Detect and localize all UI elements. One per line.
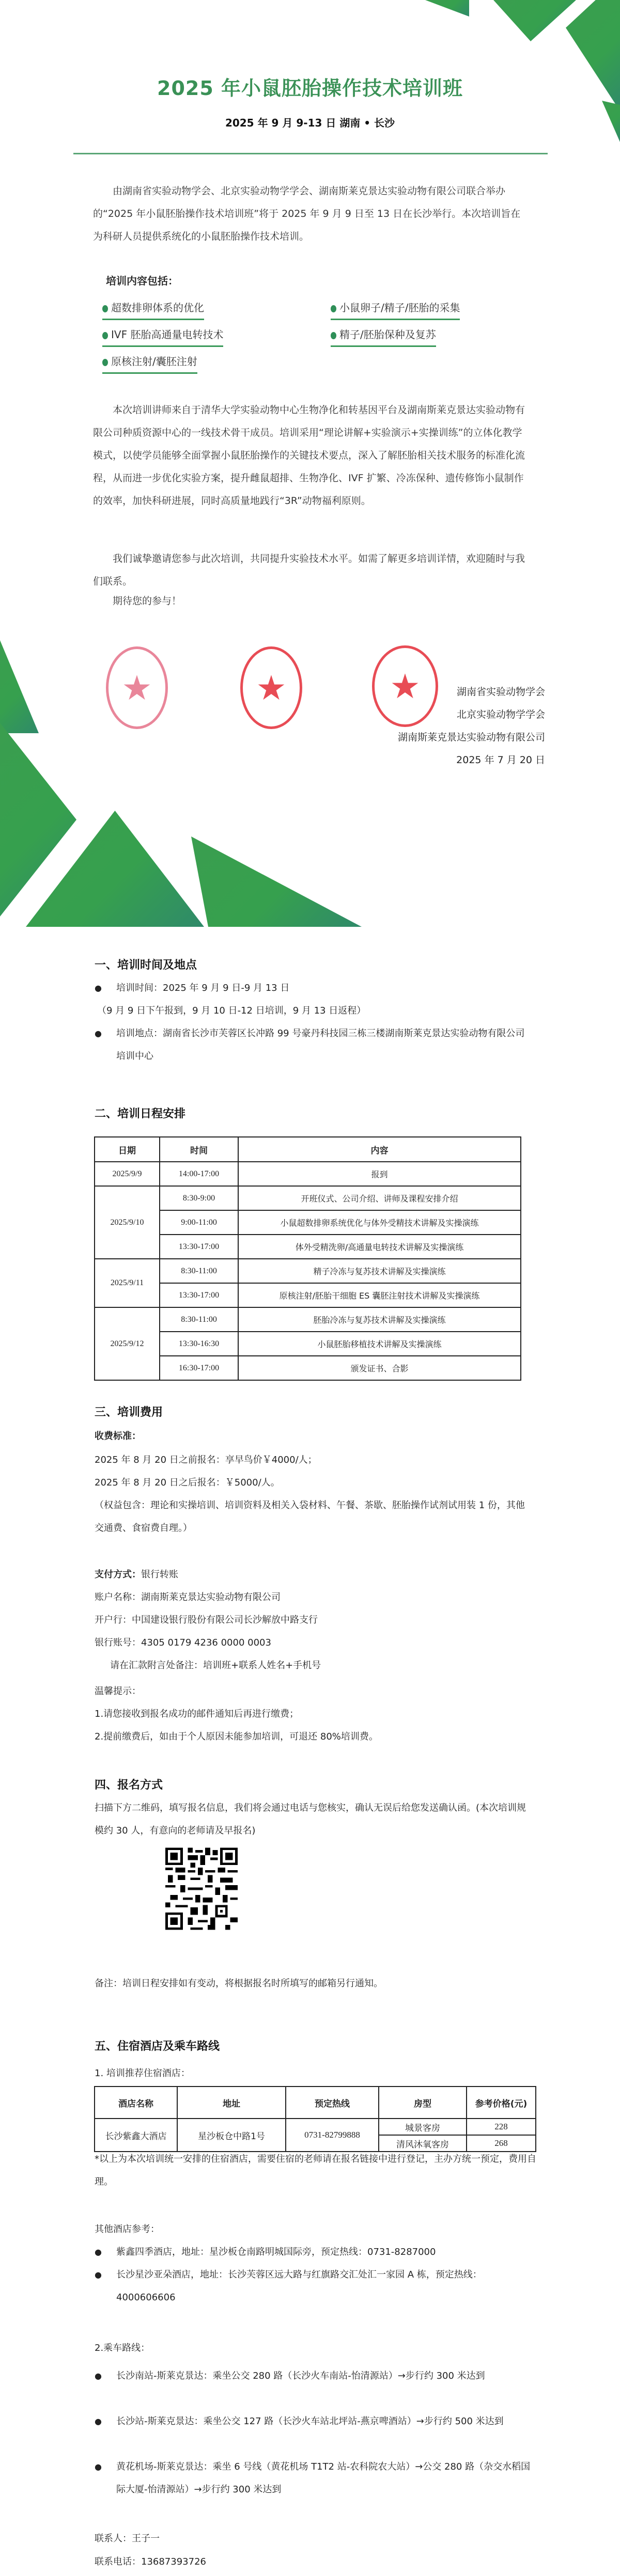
topic-item: IVF 胚胎高通量电转技术 [102, 326, 223, 347]
table-row: 2025/9/9 14:00-17:00 报到 [95, 1162, 521, 1186]
bullet-icon: ● [95, 2456, 102, 2478]
signature-org: 湖南斯莱克景达实验动物有限公司 [398, 726, 545, 749]
topic-item: 精子/胚胎保种及复苏 [331, 326, 436, 347]
decor-triangle [191, 836, 362, 927]
list-item: ●培训地点：湖南省长沙市芙蓉区长冲路 99 号豪丹科技园三栋三楼湖南斯莱克景达实… [95, 1022, 529, 1068]
column-header: 房型 [379, 2087, 467, 2119]
signature-org: 北京实验动物学学会 [457, 703, 545, 726]
intro-paragraph: 由湖南省实验动物学会、北京实验动物学学会、湖南斯莱克景达实验动物有限公司联合举办… [93, 180, 527, 248]
bank-name: 开户行：中国建设银行股份有限公司长沙解放中路支行 [95, 1609, 529, 1632]
column-header: 时间 [160, 1137, 238, 1162]
bullet-icon: ● [95, 2241, 102, 2264]
time-note: （9 月 9 日下午报到，9 月 10 日-12 日培训，9 月 13 日返程） [97, 1000, 531, 1022]
column-header: 日期 [95, 1137, 160, 1162]
column-header: 地址 [177, 2087, 286, 2119]
trainer-paragraph: 本次培训讲师来自于清华大学实验动物中心生物净化和转基因平台及湖南斯莱克景达实验动… [93, 399, 527, 512]
schedule-table: 日期 时间 内容 2025/9/9 14:00-17:00 报到 2025/9/… [94, 1136, 521, 1381]
section-title: 一、培训时间及地点 [95, 956, 197, 972]
table-row: 2025/9/10 8:30-9:00 开班仪式、公司介绍、讲师及课程安排介绍 [95, 1186, 521, 1210]
bullet-icon [102, 305, 108, 312]
topic-item: 超数排卵体系的优化 [102, 299, 204, 320]
list-item: ●长沙站-斯莱克景达：乘坐公交 127 路（长沙火车站北坪站-燕京啤酒站）→步行… [95, 2410, 539, 2433]
seal-hunan-society: ★ [106, 646, 168, 729]
decor-triangle [0, 640, 39, 733]
contact-phone: 联系电话：13687393726 [95, 2551, 529, 2573]
closing-text: 期待您的参与！ [93, 590, 527, 612]
section-title: 四、报名方式 [95, 1776, 163, 1792]
list-item: ●培训时间：2025 年 9 月 9 日-9 月 13 日 [95, 977, 529, 1000]
tips-title: 温馨提示： [95, 1680, 529, 1703]
list-item: ●长沙星沙亚朵酒店，地址：长沙芙蓉区远大路与红旗路交汇处汇一家园 A 栋，预定热… [95, 2264, 539, 2309]
fee-label: 收费标准： [95, 1425, 529, 1448]
table-row: 2025/9/12 8:30-11:00 胚胎冷冻与复苏技术讲解及实操演练 [95, 1307, 521, 1332]
seal-slac-company: ★ [372, 645, 438, 727]
schedule-change-note: 备注：培训日程安排如有变动，将根据报名时所填写的邮箱另行通知。 [95, 1972, 529, 1995]
invite-paragraph: 我们诚挚邀请您参与此次培训，共同提升实验技术水平。如需了解更多培训详情，欢迎随时… [93, 547, 527, 593]
event-date-location: 2025 年 9 月 9-13 日 湖南 • 长沙 [0, 115, 620, 130]
bullet-icon: ● [95, 977, 102, 1000]
hotel-subtitle: 1. 培训推荐住宿酒店： [95, 2062, 529, 2085]
bullet-icon: ● [95, 2264, 102, 2286]
column-header: 参考价格(元) [467, 2087, 536, 2119]
bullet-icon [331, 332, 336, 339]
table-row: 长沙紫鑫大酒店 星沙板仓中路1号 0731-82799888 城景客房 228 [95, 2119, 536, 2135]
account-number: 银行账号：4305 0179 4236 0000 0003 [95, 1632, 529, 1654]
table-row: 2025/9/11 8:30-11:00 精子冷冻与复苏技术讲解及实操演练 [95, 1259, 521, 1283]
bullet-icon [102, 332, 108, 339]
fee-early: 2025 年 8 月 20 日之前报名：享早鸟价￥4000/人； [95, 1449, 529, 1472]
fee-late: 2025 年 8 月 20 日之后报名：￥5000/人。 [95, 1472, 529, 1494]
section-title: 三、培训费用 [95, 1403, 163, 1419]
topic-item: 小鼠卵子/精子/胚胎的采集 [331, 299, 460, 320]
list-item: ●紫鑫四季酒店，地址：星沙板仓南路明城国际旁，预定热线：0731-8287000 [95, 2241, 539, 2264]
hotel-table: 酒店名称 地址 预定热线 房型 参考价格(元) 长沙紫鑫大酒店 星沙板仓中路1号… [94, 2086, 536, 2152]
hotel-note: *以上为本次培训统一安排的住宿酒店，需要住宿的老师请在报名链接中进行登记，主办方… [95, 2148, 539, 2193]
bullet-icon: ● [95, 1022, 102, 1045]
column-header: 预定热线 [286, 2087, 379, 2119]
contact-person: 联系人：王子一 [95, 2527, 529, 2550]
registration-desc: 扫描下方二维码，填写报名信息，我们将会通过电话与您核实，确认无误后给您发送确认函… [95, 1797, 534, 1842]
column-header: 酒店名称 [95, 2087, 177, 2119]
bullet-icon: ● [95, 2410, 102, 2433]
signature-org: 湖南省实验动物学会 [457, 681, 545, 703]
payment-method: 支付方式：银行转账 [95, 1563, 529, 1586]
decor-triangle [425, 0, 469, 17]
section-title: 五、住宿酒店及乘车路线 [95, 2037, 220, 2053]
bullet-icon [331, 305, 336, 312]
decor-triangle [493, 0, 576, 41]
remittance-remark: 请在汇款附言处备注：培训班+联系人姓名+手机号 [110, 1654, 544, 1677]
other-hotels-title: 其他酒店参考： [95, 2218, 529, 2241]
list-item: ●黄花机场-斯莱克景达：乘坐 6 号线（黄花机场 T1T2 站-农科院农大站）→… [95, 2456, 539, 2501]
topic-item: 原核注射/囊胚注射 [102, 353, 197, 374]
section-title: 二、培训日程安排 [95, 1105, 185, 1121]
header-divider [73, 153, 548, 154]
bullet-icon: ● [95, 2365, 102, 2388]
tip-item: 2.提前缴费后，如由于个人原因未能参加培训，可退还 80%培训费。 [95, 1726, 529, 1748]
column-header: 内容 [238, 1137, 521, 1162]
seal-beijing-society: ★ [240, 646, 302, 729]
bullet-icon [102, 359, 108, 366]
fee-includes: （权益包含：理论和实操培训、培训资料及相关入袋材料、午餐、茶歇、胚胎操作试剂试用… [95, 1494, 534, 1540]
routes-title: 2.乘车路线： [95, 2337, 529, 2360]
page-title: 2025 年小鼠胚胎操作技术培训班 [0, 72, 620, 101]
account-name: 账户名称：湖南斯莱克景达实验动物有限公司 [95, 1586, 529, 1609]
tip-item: 1.请您接收到报名成功的邮件通知后再进行缴费； [95, 1703, 529, 1726]
signature-date: 2025 年 7 月 20 日 [456, 749, 545, 771]
list-item: ●长沙南站-斯莱克景达：乘坐公交 280 路（长沙火车南站-怡清源站）→步行约 … [95, 2365, 539, 2388]
qr-code-icon[interactable] [165, 1847, 238, 1920]
content-title: 培训内容包括： [106, 273, 178, 288]
